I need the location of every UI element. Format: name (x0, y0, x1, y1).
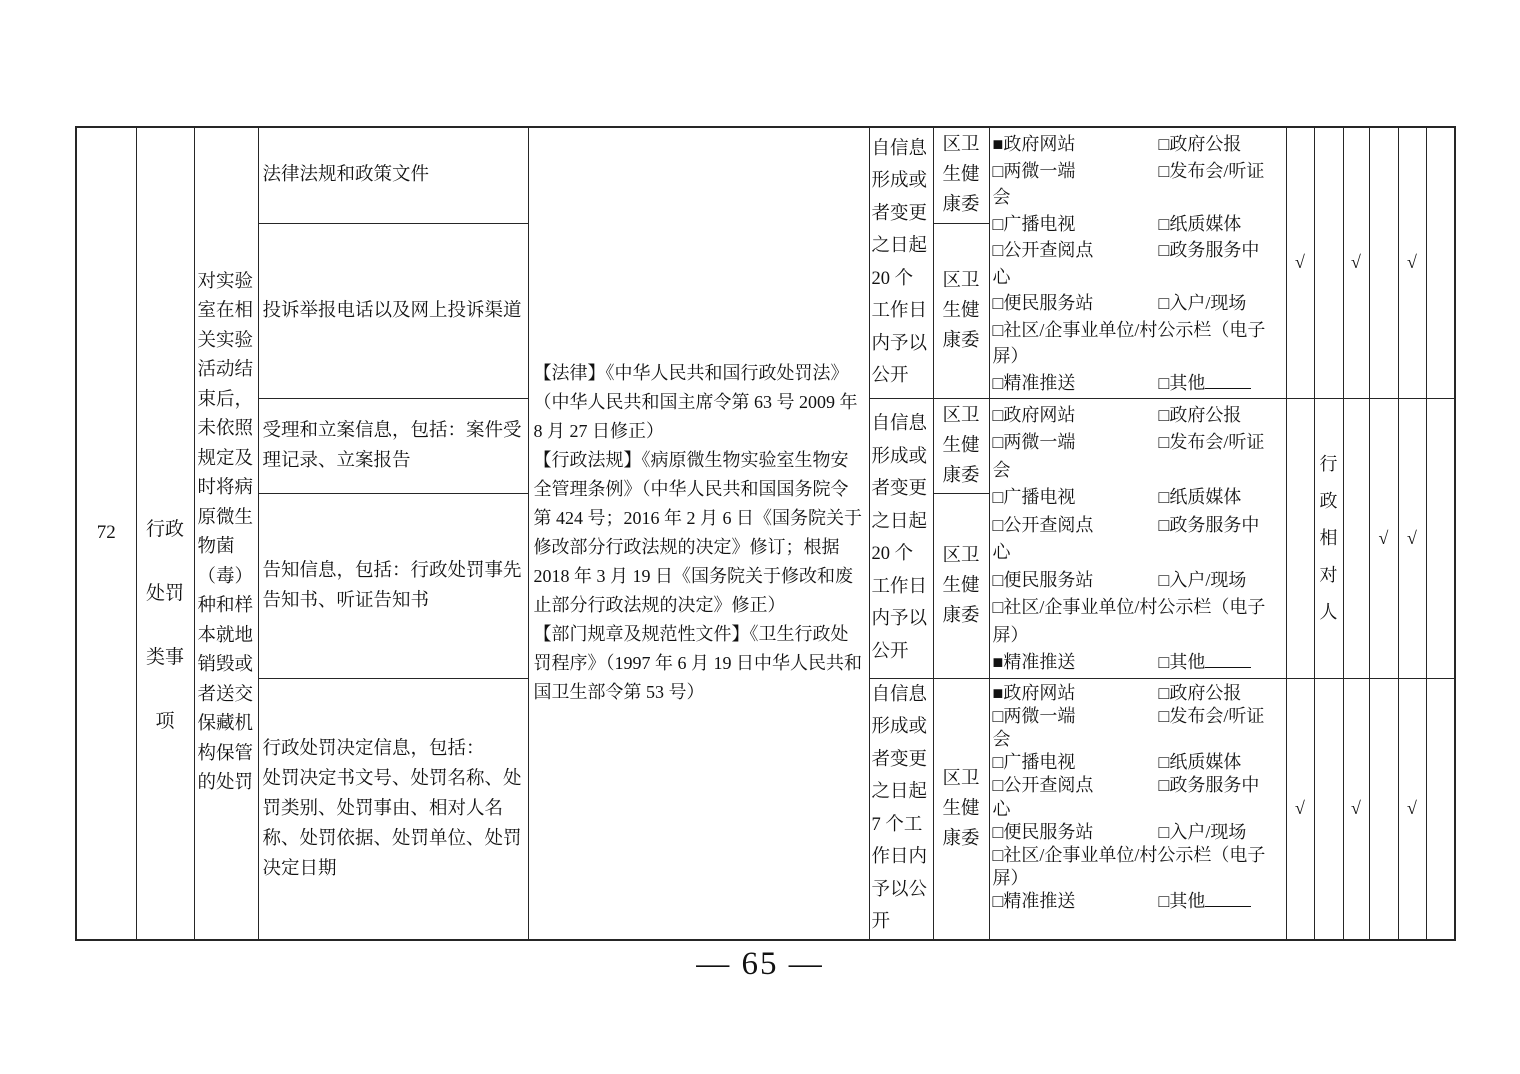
channel-line: ■政府网站□政府公报 (993, 131, 1286, 158)
row-index-cell: 72 (76, 127, 136, 940)
mark-cell (1314, 127, 1343, 398)
responsible-cell: 区卫生健康委 (933, 493, 989, 678)
channel-option: □公开查阅点 (993, 774, 1159, 797)
mark-cell: √ (1369, 398, 1398, 678)
channel-line: □便民服务站□入户/现场 (993, 821, 1286, 844)
channel-line: □社区/企事业单位/村公示栏（电子 (993, 594, 1286, 622)
info-item-cell: 受理和立案信息，包括：案件受理记录、立案报告 (258, 398, 528, 493)
mark-cell (1426, 127, 1455, 398)
channel-line: 会 (993, 728, 1286, 751)
channel-option: □两微一端 (993, 429, 1159, 457)
channel-line: □广播电视□纸质媒体 (993, 484, 1286, 512)
mark-cell: √ (1343, 127, 1369, 398)
legal-basis-regulation: 【行政法规】《病原微生物实验室生物安全管理条例》（中华人民共和国国务院令第 42… (534, 446, 865, 620)
disclosure-table: 72 行政处罚类事项 对实验室在相关实验活动结束后，未依照规定及时将病原微生物菌… (75, 126, 1456, 941)
channel-option: □政府公报 (1159, 134, 1242, 154)
channel-option: □入户/现场 (1159, 293, 1247, 313)
timing-cell: 自信息形成或者变更之日起 20 个工作日内予以公开 (869, 127, 933, 398)
timing-cell: 自信息形成或者变更之日起 7 个工作日内予以公开 (869, 678, 933, 940)
channels-cell: ■政府网站□政府公报□两微一端□发布会/听证会□广播电视□纸质媒体□公开查阅点□… (989, 678, 1286, 940)
channel-line: 屏） (993, 343, 1286, 370)
channel-line: □公开查阅点□政务服务中 (993, 237, 1286, 264)
mark-cell: √ (1398, 398, 1426, 678)
channel-option: □其他 (1159, 891, 1206, 911)
channel-line: □便民服务站□入户/现场 (993, 567, 1286, 595)
channel-line: □政府网站□政府公报 (993, 402, 1286, 430)
channel-option: □其他 (1159, 652, 1206, 672)
mark-cell (1369, 127, 1398, 398)
channel-option: □纸质媒体 (1159, 752, 1242, 772)
channel-option: □入户/现场 (1159, 822, 1247, 842)
channel-line: □公开查阅点□政务服务中 (993, 774, 1286, 797)
channel-option: □广播电视 (993, 211, 1159, 238)
channel-option: □发布会/听证 (1159, 161, 1265, 181)
responsible-cell: 区卫生健康委 (933, 223, 989, 398)
channel-option: □便民服务站 (993, 567, 1159, 595)
mark-cell: √ (1343, 678, 1369, 940)
channel-line: 心 (993, 264, 1286, 291)
info-item-text: 行政处罚决定信息，包括： (263, 734, 526, 764)
channels-cell: □政府网站□政府公报□两微一端□发布会/听证会□广播电视□纸质媒体□公开查阅点□… (989, 398, 1286, 678)
channel-option: □发布会/听证 (1159, 432, 1265, 452)
category-cell: 行政处罚类事项 (136, 127, 194, 940)
channel-option: □便民服务站 (993, 290, 1159, 317)
channel-option: □政务服务中 (1159, 240, 1260, 260)
mark-cell (1343, 398, 1369, 678)
channel-line: 心 (993, 798, 1286, 821)
channel-option: □精准推送 (993, 370, 1159, 397)
channel-option: □政务服务中 (1159, 775, 1260, 795)
info-item-cell: 投诉举报电话以及网上投诉渠道 (258, 223, 528, 398)
mark-cell (1369, 678, 1398, 940)
channel-line: 会 (993, 457, 1286, 485)
channel-line: ■政府网站□政府公报 (993, 682, 1286, 705)
channel-option: ■精准推送 (993, 649, 1159, 677)
target-cell: 行政相对人 (1314, 398, 1343, 678)
responsible-cell: 区卫生健康委 (933, 678, 989, 940)
legal-basis-law: 【法律】《中华人民共和国行政处罚法》（中华人民共和国主席令第 63 号 2009… (534, 359, 865, 446)
channel-line: □两微一端□发布会/听证 (993, 705, 1286, 728)
mark-cell: √ (1286, 678, 1314, 940)
channel-line: 会 (993, 184, 1286, 211)
timing-cell: 自信息形成或者变更之日起 20 个工作日内予以公开 (869, 398, 933, 678)
channel-line: □社区/企事业单位/村公示栏（电子 (993, 844, 1286, 867)
responsible-cell: 区卫生健康委 (933, 127, 989, 223)
channel-option: □政府网站 (993, 402, 1159, 430)
page-number: — 65 — (0, 946, 1520, 983)
channels-cell: ■政府网站□政府公报□两微一端□发布会/听证会□广播电视□纸质媒体□公开查阅点□… (989, 127, 1286, 398)
channel-option: □纸质媒体 (1159, 214, 1242, 234)
channel-line: □公开查阅点□政务服务中 (993, 512, 1286, 540)
channel-option: □便民服务站 (993, 821, 1159, 844)
channel-line: 屏） (993, 622, 1286, 650)
channel-line: □广播电视□纸质媒体 (993, 751, 1286, 774)
channel-line: □精准推送□其他 (993, 370, 1286, 397)
channel-option: □政府公报 (1159, 683, 1242, 703)
mark-cell (1314, 678, 1343, 940)
channel-line: □两微一端□发布会/听证 (993, 158, 1286, 185)
channel-line: □社区/企事业单位/村公示栏（电子 (993, 317, 1286, 344)
channel-line: □精准推送□其他 (993, 890, 1286, 913)
table-row: 72 行政处罚类事项 对实验室在相关实验活动结束后，未依照规定及时将病原微生物菌… (76, 127, 1455, 223)
channel-option: ■政府网站 (993, 682, 1159, 705)
channel-option: □入户/现场 (1159, 570, 1247, 590)
channel-option: □两微一端 (993, 158, 1159, 185)
channel-line: □广播电视□纸质媒体 (993, 211, 1286, 238)
mark-cell: √ (1398, 127, 1426, 398)
channel-option: □发布会/听证 (1159, 706, 1265, 726)
channel-option: □公开查阅点 (993, 512, 1159, 540)
channel-option: □两微一端 (993, 705, 1159, 728)
blank-underline (1205, 891, 1251, 907)
channel-line: 心 (993, 539, 1286, 567)
blank-underline (1205, 652, 1251, 668)
legal-basis-rules: 【部门规章及规范性文件】《卫生行政处罚程序》（1997 年 6 月 19 日中华… (534, 620, 865, 707)
legal-basis-cell: 【法律】《中华人民共和国行政处罚法》（中华人民共和国主席令第 63 号 2009… (528, 127, 869, 940)
channel-line: 屏） (993, 867, 1286, 890)
mark-cell (1426, 678, 1455, 940)
info-item-cell: 告知信息，包括：行政处罚事先告知书、听证告知书 (258, 493, 528, 678)
channel-option: ■政府网站 (993, 131, 1159, 158)
info-item-cell: 行政处罚决定信息，包括： 处罚决定书文号、处罚名称、处罚类别、处罚事由、相对人名… (258, 678, 528, 940)
mark-cell (1286, 398, 1314, 678)
channel-option: □其他 (1159, 373, 1206, 393)
mark-cell: √ (1398, 678, 1426, 940)
channel-option: □政府公报 (1159, 405, 1242, 425)
mark-cell: √ (1286, 127, 1314, 398)
blank-underline (1205, 373, 1251, 389)
matter-cell: 对实验室在相关实验活动结束后，未依照规定及时将病原微生物菌（毒）种和样本就地销毁… (194, 127, 258, 940)
channel-line: □两微一端□发布会/听证 (993, 429, 1286, 457)
channel-option: □政务服务中 (1159, 515, 1260, 535)
channel-line: □便民服务站□入户/现场 (993, 290, 1286, 317)
channel-option: □纸质媒体 (1159, 487, 1242, 507)
channel-option: □广播电视 (993, 751, 1159, 774)
document-page: 72 行政处罚类事项 对实验室在相关实验活动结束后，未依照规定及时将病原微生物菌… (0, 0, 1520, 1074)
responsible-cell: 区卫生健康委 (933, 398, 989, 493)
channel-option: □精准推送 (993, 890, 1159, 913)
channel-option: □广播电视 (993, 484, 1159, 512)
info-item-cell: 法律法规和政策文件 (258, 127, 528, 223)
mark-cell (1426, 398, 1455, 678)
info-item-text: 处罚决定书文号、处罚名称、处罚类别、处罚事由、相对人名称、处罚依据、处罚单位、处… (263, 764, 526, 884)
channel-option: □公开查阅点 (993, 237, 1159, 264)
channel-line: ■精准推送□其他 (993, 649, 1286, 677)
